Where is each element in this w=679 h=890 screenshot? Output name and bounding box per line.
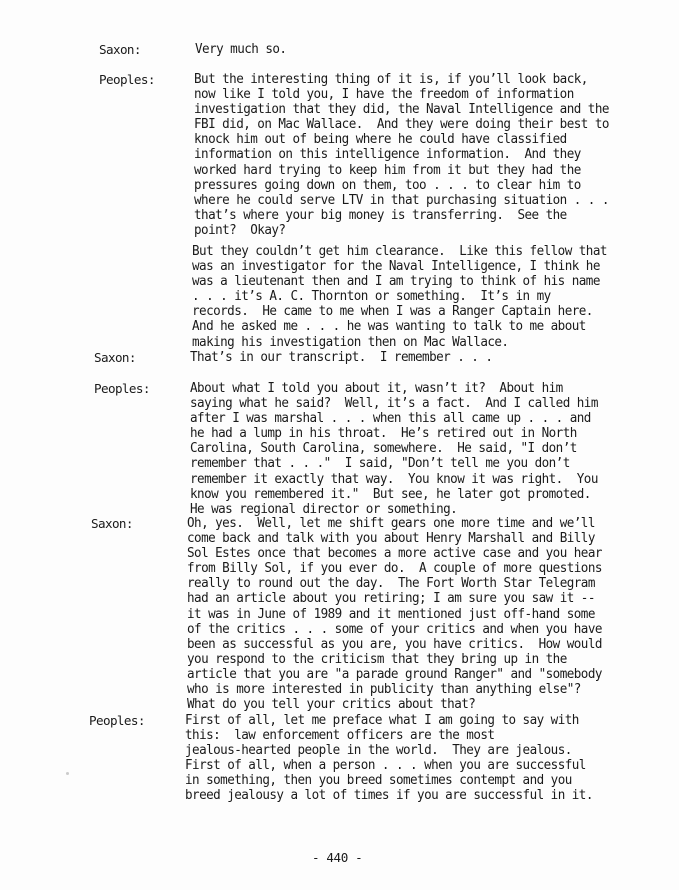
text-line: point? Okay? xyxy=(194,221,609,237)
text-line: breed jealousy a lot of times if you are… xyxy=(185,786,593,802)
text-line: had an article about you retiring; I am … xyxy=(187,589,602,605)
text-line: it was in June of 1989 and it mentioned … xyxy=(187,605,602,621)
text-line: Oh, yes. Well, let me shift gears one mo… xyxy=(187,514,602,530)
speaker-label: Saxon: xyxy=(99,42,141,57)
dialogue-paragraph: Oh, yes. Well, let me shift gears one mo… xyxy=(187,514,602,710)
text-line: remember it exactly that way. You know i… xyxy=(190,470,598,486)
speaker-label: Peoples: xyxy=(94,381,150,396)
text-line: What do you tell your critics about that… xyxy=(187,695,602,711)
text-line: But they couldn’t get him clearance. Lik… xyxy=(192,242,607,258)
dialogue-paragraph: Very much so. xyxy=(195,40,286,55)
text-line: of the critics . . . some of your critic… xyxy=(187,620,602,636)
text-line: About what I told you about it, wasn’t i… xyxy=(190,379,598,395)
text-line: worked hard trying to keep him from it b… xyxy=(194,161,609,177)
dialogue-paragraph: But the interesting thing of it is, if y… xyxy=(194,70,609,236)
speaker-label: Peoples: xyxy=(89,713,145,728)
text-line: Very much so. xyxy=(195,40,286,56)
text-line: who is more interested in publicity than… xyxy=(187,680,602,696)
text-line: article that you are "a parade ground Ra… xyxy=(187,665,602,681)
speaker-label: Saxon: xyxy=(91,516,133,531)
text-line: now like I told you, I have the freedom … xyxy=(194,85,609,101)
speaker-label: Peoples: xyxy=(99,72,155,87)
text-line: where he could serve LTV in that purchas… xyxy=(194,191,609,207)
text-line: And he asked me . . . he was wanting to … xyxy=(192,317,607,333)
dialogue-paragraph: That’s in our transcript. I remember . .… xyxy=(190,348,492,363)
document-page: Saxon: Very much so. Peoples: But the in… xyxy=(0,0,679,890)
text-line: come back and talk with you about Henry … xyxy=(187,529,602,545)
text-line: saying what he said? Well, it’s a fact. … xyxy=(190,394,598,410)
dialogue-paragraph: But they couldn’t get him clearance. Lik… xyxy=(192,242,607,348)
scan-speck xyxy=(455,428,458,431)
text-line: you respond to the criticism that they b… xyxy=(187,650,602,666)
text-line: First of all, let me preface what I am g… xyxy=(185,711,593,727)
text-line: making his investigation then on Mac Wal… xyxy=(192,333,607,349)
page-number: - 440 - xyxy=(312,850,362,865)
text-line: remember that . . ." I said, "Don’t tell… xyxy=(190,454,598,470)
text-line: that’s where your big money is transferr… xyxy=(194,206,609,222)
text-line: this: law enforcement officers are the m… xyxy=(185,726,593,742)
scan-speck xyxy=(66,772,69,775)
text-line: been as successful as you are, you have … xyxy=(187,635,602,651)
text-line: know you remembered it." But see, he lat… xyxy=(190,485,598,501)
dialogue-paragraph: About what I told you about it, wasn’t i… xyxy=(190,379,598,515)
text-line: pressures going down on them, too . . . … xyxy=(194,176,609,192)
text-line: was an investigator for the Naval Intell… xyxy=(192,257,607,273)
speaker-label: Saxon: xyxy=(94,350,136,365)
text-line: That’s in our transcript. I remember . .… xyxy=(190,348,492,364)
text-line: But the interesting thing of it is, if y… xyxy=(194,70,609,86)
text-line: information on this intelligence informa… xyxy=(194,145,609,161)
dialogue-paragraph: First of all, let me preface what I am g… xyxy=(185,711,593,802)
